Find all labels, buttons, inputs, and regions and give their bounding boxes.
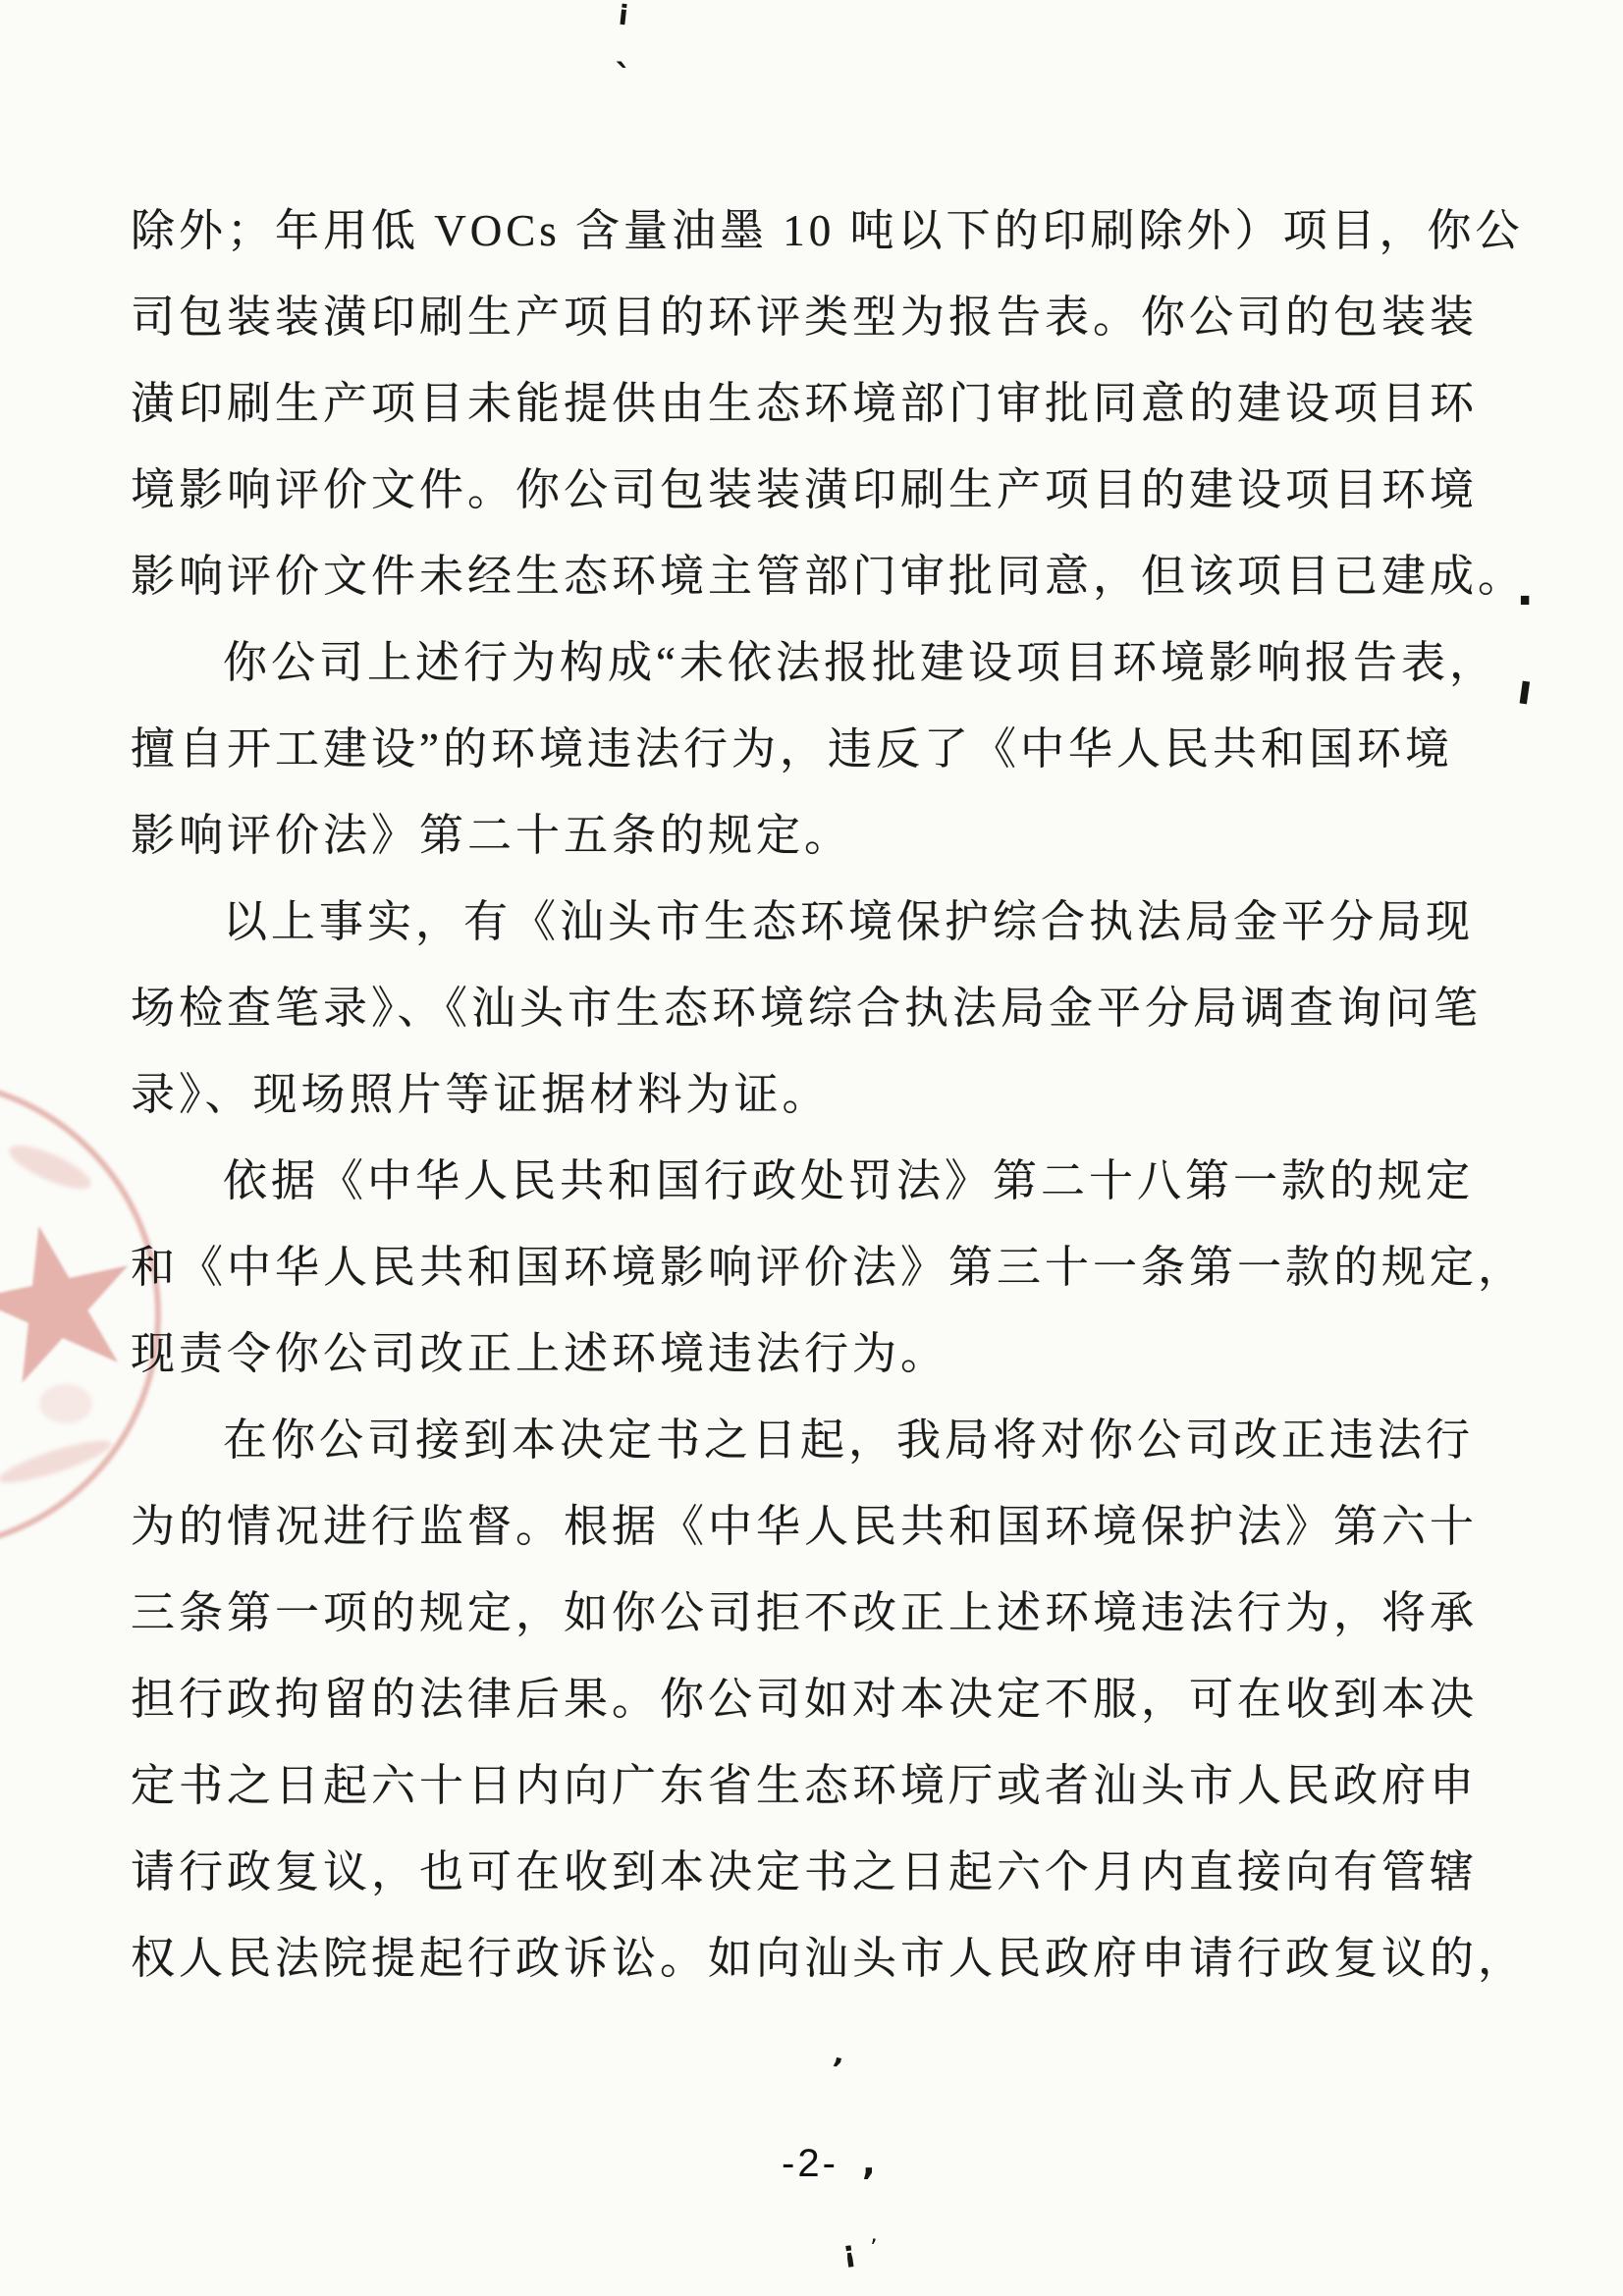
text-line: 影响评价文件未经生态环境主管部门审批同意，但该项目已建成。 [131, 528, 1446, 614]
text-line: 担行政拘留的法律后果。你公司如对本决定不服，可在收到本决 [131, 1651, 1446, 1737]
text-line: 和《中华人民共和国环境影响评价法》第三十一条第一款的规定， [131, 1219, 1446, 1306]
text-line: 权人民法院提起行政诉讼。如向汕头市人民政府申请行政复议的， [131, 1910, 1446, 1997]
text-line: 影响评价法》第二十五条的规定。 [131, 787, 1446, 874]
ink-speck: i [618, 2, 629, 30]
text-line: 你公司上述行为构成“未依法报批建设项目环境影响报告表， [131, 614, 1446, 701]
ink-speck: ¡ [840, 2237, 858, 2269]
text-line: 定书之日起六十日内向广东省生态环境厅或者汕头市人民政府申 [131, 1737, 1446, 1824]
ink-speck: , [862, 2146, 876, 2181]
text-line: 依据《中华人民共和国行政处罚法》第二十八第一款的规定 [131, 1133, 1446, 1219]
text-line: 录》、现场照片等证据材料为证。 [131, 1046, 1446, 1133]
text-line: 擅自开工建设”的环境违法行为，违反了《中华人民共和国环境 [131, 701, 1446, 787]
text-line: 潢印刷生产项目未能提供由生态环境部门审批同意的建设项目环 [131, 355, 1446, 442]
document-body: 除外；年用低 VOCs 含量油墨 10 吨以下的印刷除外）项目，你公司包装装潢印… [131, 183, 1446, 1997]
ink-speck: ` [615, 61, 632, 96]
document-page: ★ 除外；年用低 VOCs 含量油墨 10 吨以下的印刷除外）项目，你公司包装装… [0, 0, 1623, 2296]
text-line: 在你公司接到本决定书之日起，我局将对你公司改正违法行 [131, 1392, 1446, 1478]
ink-speck: · [1516, 577, 1534, 624]
ink-speck: ı [1515, 668, 1535, 712]
text-line: 以上事实，有《汕头市生态环境保护综合执法局金平分局现 [131, 874, 1446, 960]
text-line: 现责令你公司改正上述环境违法行为。 [131, 1306, 1446, 1392]
ink-speck: ’ [870, 2236, 878, 2260]
text-line: 境影响评价文件。你公司包装装潢印刷生产项目的建设项目环境 [131, 442, 1446, 528]
text-line: 场检查笔录》、《汕头市生态环境综合执法局金平分局调查询问笔 [131, 960, 1446, 1046]
text-line: 除外；年用低 VOCs 含量油墨 10 吨以下的印刷除外）项目，你公 [131, 183, 1446, 269]
text-line: 为的情况进行监督。根据《中华人民共和国环境保护法》第六十 [131, 1478, 1446, 1565]
seal-smudge [39, 1384, 92, 1423]
text-line: 司包装装潢印刷生产项目的环评类型为报告表。你公司的包装装 [131, 269, 1446, 355]
seal-smudge [0, 1433, 114, 1490]
page-number: -2- [782, 2142, 839, 2186]
ink-speck: ’ [828, 2055, 844, 2086]
text-line: 三条第一项的规定，如你公司拒不改正上述环境违法行为，将承 [131, 1565, 1446, 1651]
text-line: 请行政复议，也可在收到本决定书之日起六个月内直接向有管辖 [131, 1824, 1446, 1910]
seal-smudge [5, 1138, 96, 1197]
